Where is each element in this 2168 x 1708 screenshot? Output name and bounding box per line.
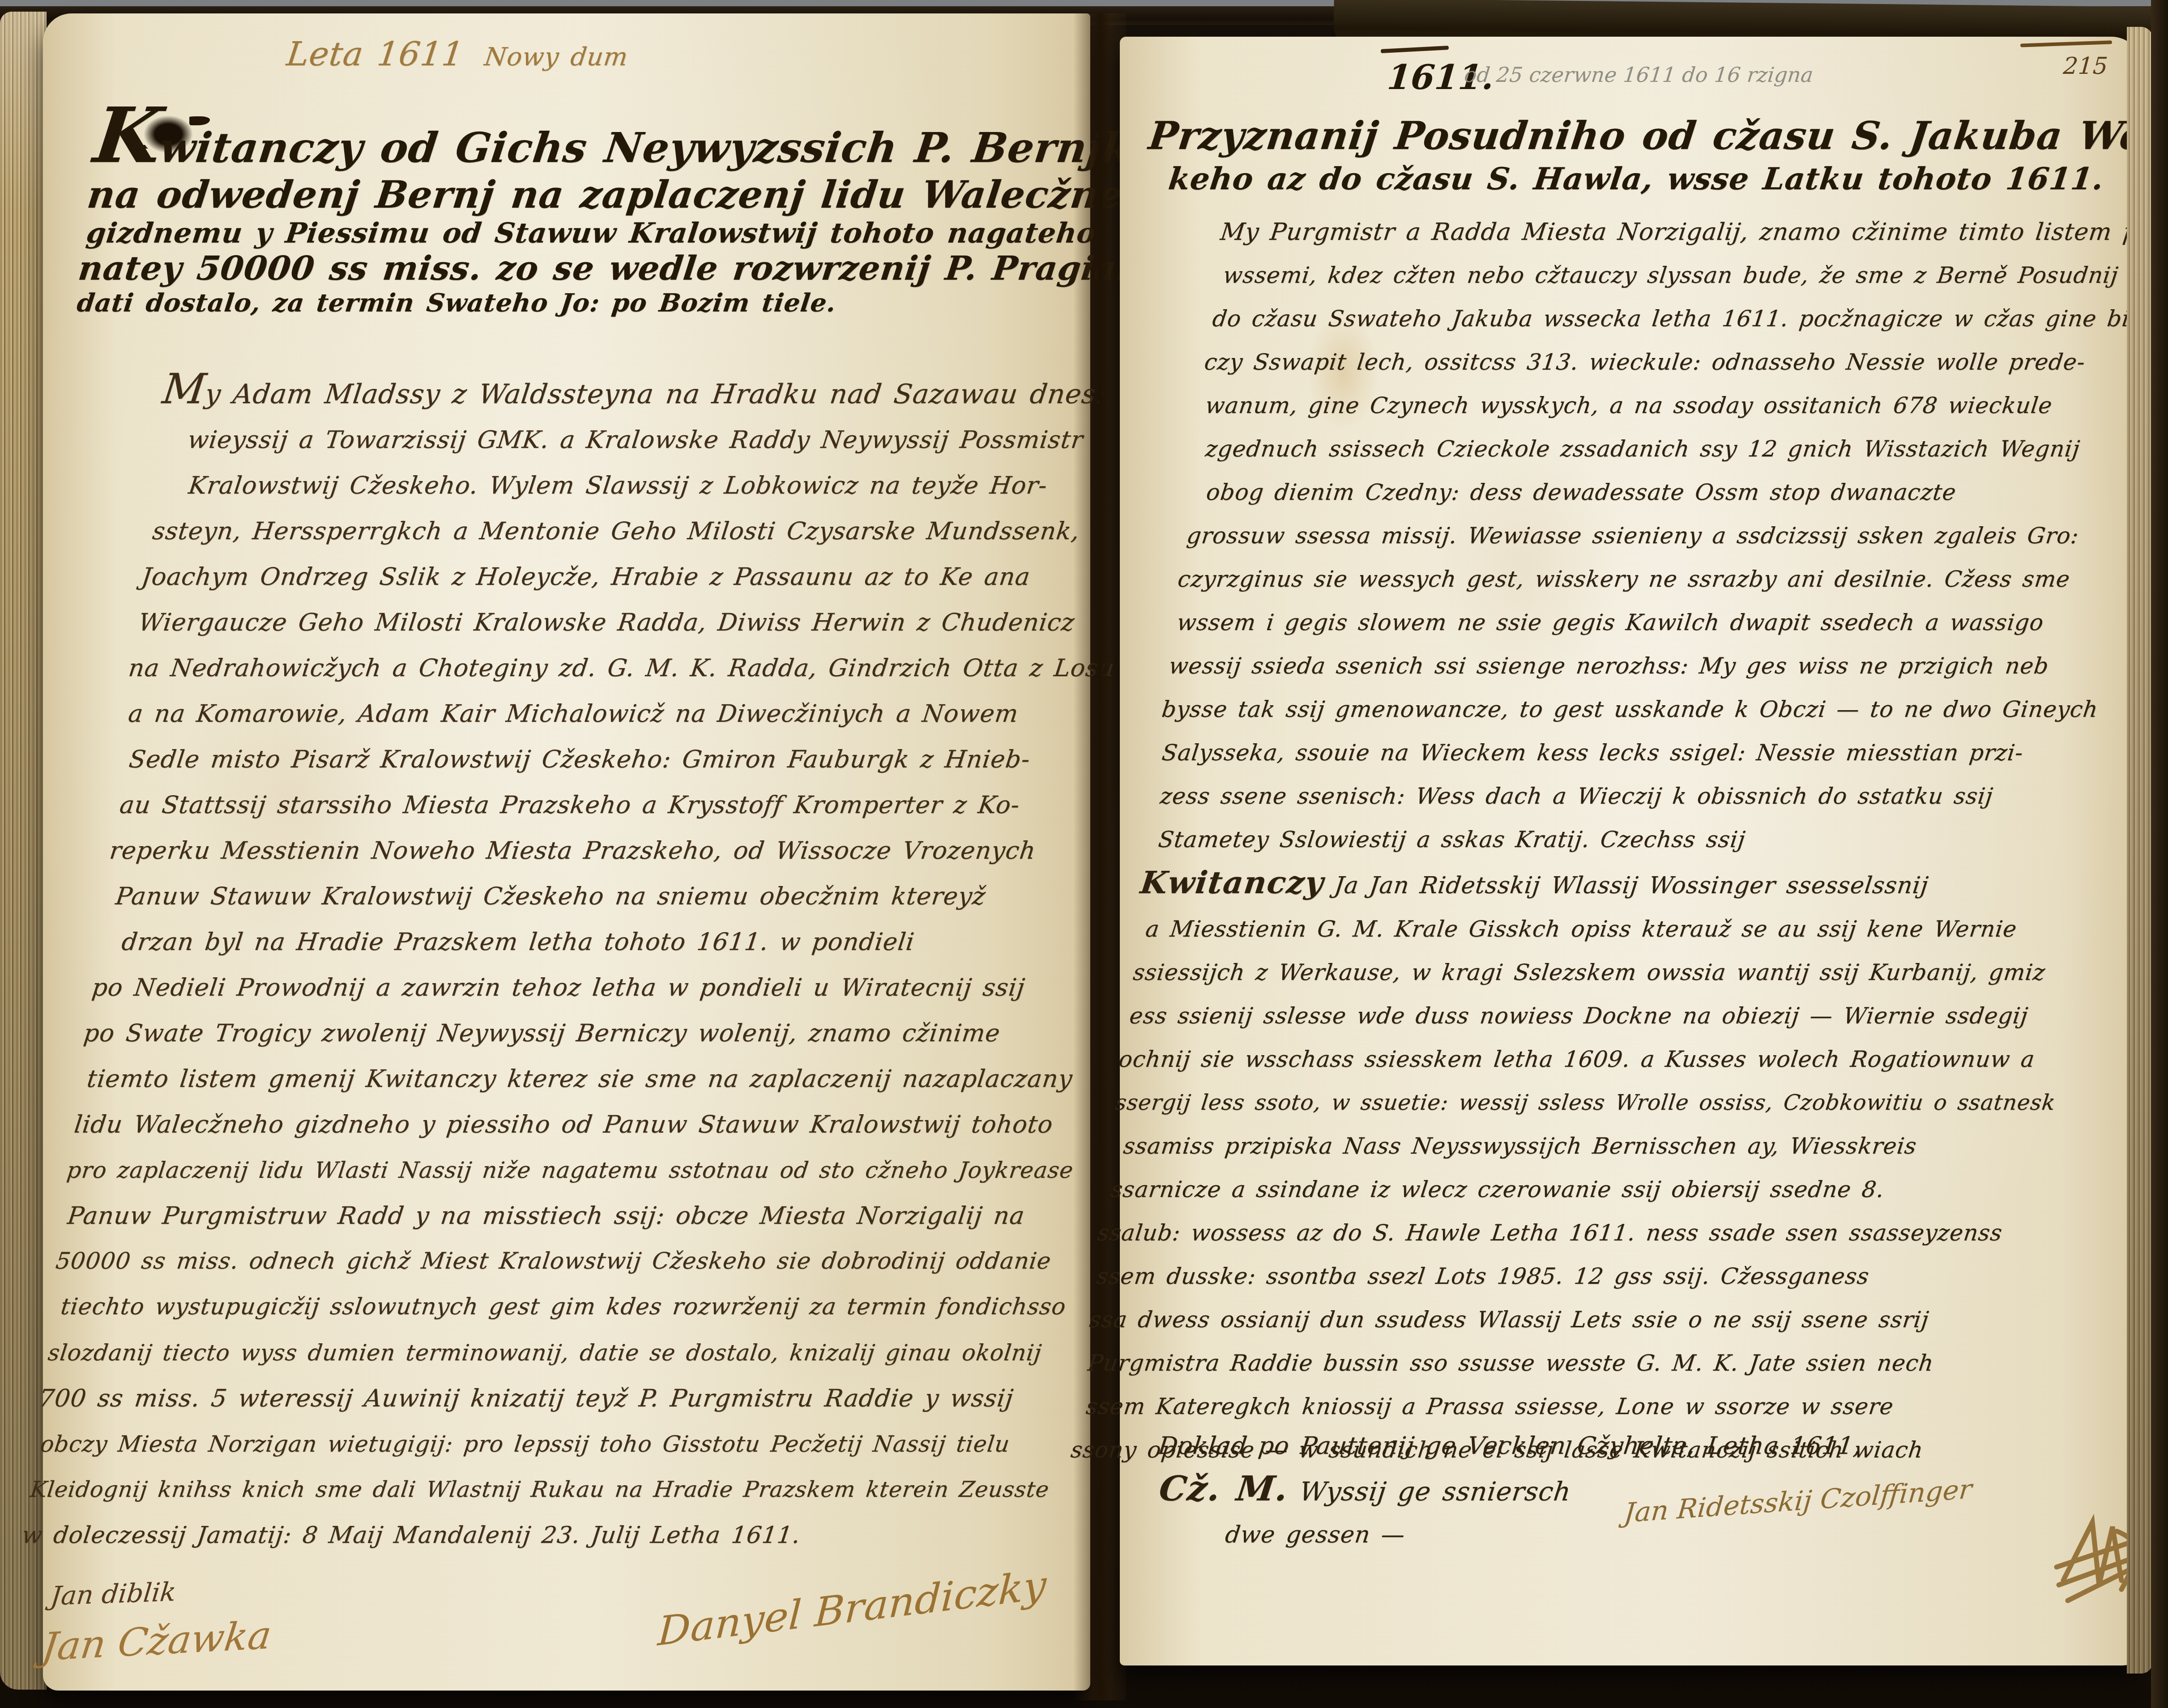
body-line: w doleczessij Jamatij: 8 Maij Mandalenij…: [19, 1512, 1046, 1558]
body-line: Kwitanczy Ja Jan Ridetsskij Wlassij Woss…: [1138, 861, 2131, 907]
pencil-date-note: od 25 czerwne 1611 do 16 rzigna: [1463, 63, 1814, 87]
body-line: drzan byl na Hradie Prazskem letha tohot…: [119, 919, 1119, 965]
body-line: ess ssienij sslesse wde duss nowiess Doc…: [1127, 994, 2114, 1038]
body-line: Purgmistra Raddie bussin sso ssusse wess…: [1085, 1342, 2072, 1385]
right-body-text: My Purgmistr a Radda Miesta Norzigalij, …: [1068, 210, 2168, 1472]
heading-line: dati dostalo, za termin Swateho Jo: po B…: [75, 288, 1180, 318]
body-line: po Swate Trogicy zwolenij Neywyssij Bern…: [81, 1010, 1108, 1056]
body-line: ssiessijch z Werkause, w kragi Sslezskem…: [1131, 951, 2120, 994]
body-line: ssarnicze a ssindane iz wlecz czerowanie…: [1108, 1168, 2093, 1211]
body-line: obczy Miesta Norzigan wietugigij: pro le…: [38, 1421, 1058, 1467]
body-line: czyrzginus sie wessych gest, wisskery ne…: [1175, 558, 2168, 601]
signature-daniel-brandiczky: Danyel Brandiczky: [657, 1562, 1047, 1655]
left-heading-block: Kwitanczy od Gichs Neywyzssich P. Bernjk…: [73, 107, 1203, 318]
page-number: 215: [2062, 53, 2108, 80]
heading-line: Kwitanczy od Gichs Neywyzssich P. Bernjk…: [90, 107, 1203, 172]
body-line: Kralowstwij Cžeskeho. Wylem Slawssij z L…: [186, 463, 1175, 508]
faded-annex-label: Nowy dum: [483, 43, 630, 72]
left-page: Leta 1611Nowy dum Kwitanczy od Gichs Ney…: [43, 13, 1090, 1691]
left-body-text: My Adam Mladssy z Waldssteyna na Hradku …: [19, 371, 1186, 1558]
body-line: Kleidognij knihss knich sme dali Wlastni…: [28, 1467, 1052, 1512]
heading-line: Przyznanij Posudniho od cžasu S. Jakuba …: [1146, 112, 2168, 160]
right-page-block-edge: [2127, 27, 2153, 1674]
body-line: tiechto wystupugicžij sslowutnych gest g…: [58, 1284, 1075, 1330]
body-line: ssteyn, Herssperrgkch a Mentonie Geho Mi…: [150, 508, 1170, 554]
body-line: wieyssij a Towarzissij GMK. a Kralowske …: [185, 417, 1181, 463]
body-line: pro zaplaczenij lidu Wlasti Nassij niže …: [64, 1147, 1091, 1193]
body-line: Sedle misto Pisarž Kralowstwij Cžeskeho:…: [126, 737, 1142, 782]
right-page: 1611. od 25 czerwne 1611 do 16 rzigna 21…: [1120, 37, 2142, 1665]
body-line: tiemto listem gmenij Kwitanczy kterez si…: [84, 1056, 1102, 1102]
body-line: ssem Kateregkch kniossij a Prassa ssiess…: [1084, 1385, 2066, 1428]
book-cover-edge: [2151, 0, 2168, 1708]
closing-line: Doklad po Pauttenij ge Vecklen Cžyhelte,…: [1156, 1424, 1864, 1467]
heading-line: natey 50000 ss miss. zo se wedle rozwrze…: [76, 249, 1185, 288]
heading-line: na odwedenj Bernj na zaplaczenj lidu Wal…: [85, 172, 1195, 217]
body-line: Stametey Sslowiestij a sskas Kratij. Cze…: [1156, 818, 2136, 861]
body-line: zgednuch ssissech Czieckole zssadanich s…: [1203, 427, 2168, 471]
manuscript-scan: Leta 1611Nowy dum Kwitanczy od Gichs Ney…: [0, 0, 2168, 1708]
right-heading-block: Przyznanij Posudniho od cžasu S. Jakuba …: [1141, 112, 2168, 198]
body-line: 50000 ss miss. odnech gichž Miest Kralow…: [53, 1239, 1080, 1284]
body-line: ssergij less ssoto, w ssuetie: wessij ss…: [1113, 1081, 2104, 1124]
body-line: slozdanij tiecto wyss dumien terminowani…: [45, 1330, 1069, 1376]
body-line: ochnij sie wsschass ssiesskem letha 1609…: [1116, 1038, 2109, 1081]
body-line: lidu Walecžneho gizdneho y piessiho od P…: [72, 1102, 1097, 1147]
body-line: ssem dusske: ssontba ssezl Lots 1985. 12…: [1094, 1255, 2083, 1298]
body-line: na Nedrahowicžych a Choteginy zd. G. M. …: [126, 645, 1153, 691]
body-line: wssem i gegis slowem ne ssie gegis Kawil…: [1174, 601, 2163, 644]
body-line: czy Sswapit lech, ossitcss 313. wieckule…: [1202, 341, 2168, 384]
body-line: My Adam Mladssy z Waldssteyna na Hradku …: [159, 371, 1186, 417]
closing-line: dwe gessen —: [1223, 1513, 1853, 1557]
body-line: 700 ss miss. 5 wteressij Auwinij knizati…: [36, 1376, 1063, 1421]
body-line: obog dienim Czedny: dess dewadessate Oss…: [1204, 471, 2168, 514]
year-overline-stroke: [1381, 46, 1449, 53]
body-line: Panuw Stawuw Kralowstwij Cžeskeho na sni…: [113, 873, 1125, 919]
body-line: a Miesstienin G. M. Krale Gisskch opiss …: [1143, 907, 2125, 951]
body-line: grossuw ssessa missij. Wewiasse ssienien…: [1184, 514, 2168, 558]
signature-jan-diblik: Jan diblik: [49, 1576, 178, 1611]
body-line: Wiergaucze Geho Milosti Kralowske Radda,…: [136, 600, 1159, 645]
body-line: a na Komarowie, Adam Kair Michalowicž na…: [126, 691, 1148, 737]
body-line: au Stattssij starssiho Miesta Prazskeho …: [117, 782, 1136, 828]
body-line: ssalub: wossess az do S. Hawle Letha 161…: [1095, 1211, 2087, 1255]
body-line: wanum, gine Czynech wysskych, a na ssoda…: [1203, 384, 2168, 427]
heading-line: gizdnemu y Piessimu od Stawuw Kralowstwi…: [85, 217, 1189, 249]
body-line: wessij ssieda ssenich ssi ssienge nerozh…: [1166, 644, 2157, 688]
body-line: Panuw Purgmistruw Radd y na misstiech ss…: [65, 1193, 1086, 1239]
page-number-overline-stroke: [2020, 40, 2112, 47]
heading-line: keho az do cžasu S. Hawla, wsse Latku to…: [1166, 160, 2168, 198]
body-line: do cžasu Sswateho Jakuba wssecka letha 1…: [1210, 297, 2168, 341]
body-line: po Nedieli Prowodnij a zawrzin tehoz let…: [89, 965, 1114, 1010]
faded-year-label: Leta 1611: [285, 35, 466, 73]
body-line: Joachym Ondrzeg Sslik z Holeycže, Hrabie…: [139, 554, 1164, 600]
faded-year-note: Leta 1611Nowy dum: [285, 35, 631, 73]
body-line: Salysseka, ssouie na Wieckem kess lecks …: [1159, 731, 2147, 775]
body-line: reperku Messtienin Noweho Miesta Prazske…: [107, 828, 1131, 873]
body-line: ssa dwess ossianij dun ssudess Wlassij L…: [1087, 1298, 2077, 1342]
body-line: ssamiss przipiska Nass Neysswyssijch Ber…: [1121, 1124, 2098, 1168]
body-line: My Purgmistr a Radda Miesta Norzigalij, …: [1218, 210, 2168, 254]
body-line: bysse tak ssij gmenowancze, to gest ussk…: [1159, 688, 2152, 731]
signature-jan-cawka: Jan Cžawka: [39, 1613, 274, 1670]
body-line: wssemi, kdez cžten nebo cžtauczy slyssan…: [1221, 254, 2168, 297]
body-line: zess ssene ssenisch: Wess dach a Wieczij…: [1157, 775, 2141, 818]
